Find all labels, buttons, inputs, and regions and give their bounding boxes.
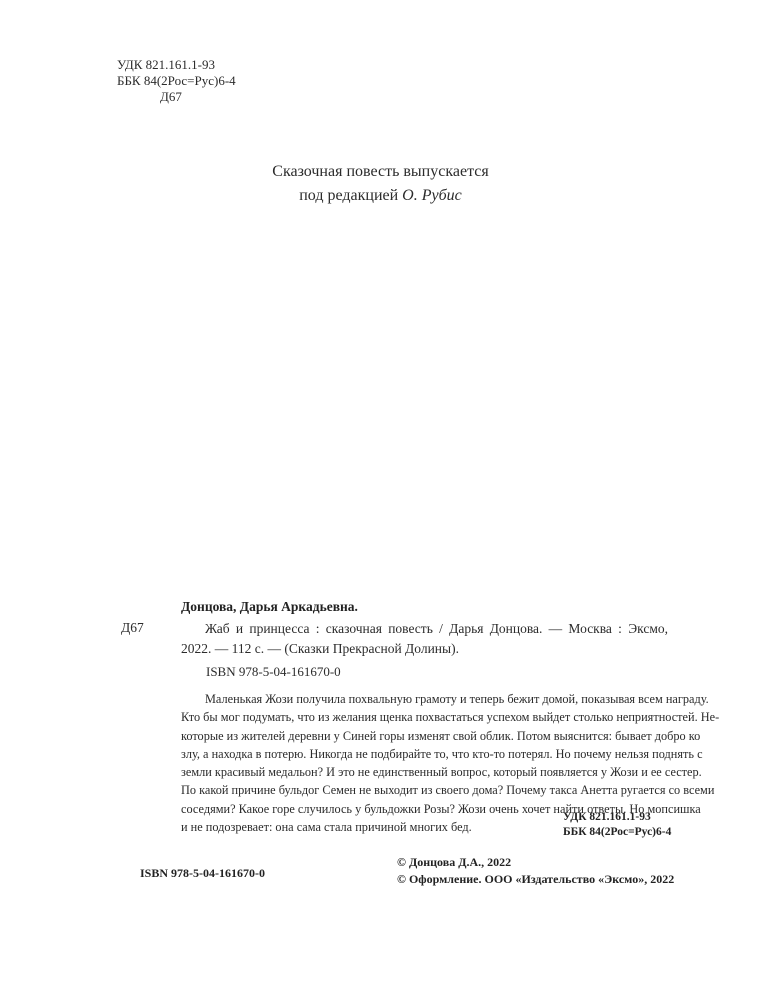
isbn: ISBN 978-5-04-161670-0 [206,664,341,680]
author-heading: Донцова, Дарья Аркадьевна. [181,599,358,615]
cutter-mark: Д67 [121,620,144,636]
edition-note-prefix: под редакцией [299,187,402,204]
copyright-author: © Донцова Д.А., 2022 [397,854,674,871]
copyright-block: © Донцова Д.А., 2022 © Оформление. ООО «… [397,854,674,888]
bib-description-line1: Жаб и принцесса : сказочная повесть / Да… [181,619,668,639]
cutter-code: Д67 [117,89,236,105]
annotation-line: Маленькая Жози получила похвальную грамо… [181,690,689,708]
copyright-design: © Оформление. ООО «Издательство «Эксмо»,… [397,871,674,888]
bib-description-line2: 2022. — 112 с. — (Сказки Прекрасной Доли… [181,639,668,659]
edition-note: Сказочная повесть выпускается под редакц… [0,160,761,208]
udk-code: УДК 821.161.1-93 [117,57,236,73]
annotation-line: Кто бы мог подумать, что из желания щенк… [181,708,689,726]
annotation-line: которые из жителей деревни у Синей горы … [181,727,689,745]
isbn-bottom: ISBN 978-5-04-161670-0 [140,866,265,881]
classification-codes-top: УДК 821.161.1-93 ББК 84(2Рос=Рус)6-4 Д67 [117,57,236,105]
annotation-line: злу, а находка в потерю. Никогда не подб… [181,745,689,763]
annotation-line: По какой причине бульдог Семен не выходи… [181,781,689,799]
edition-note-line1: Сказочная повесть выпускается [0,160,761,184]
bbk-code: ББК 84(2Рос=Рус)6-4 [117,73,236,89]
bbk-code: ББК 84(2Рос=Рус)6-4 [563,825,671,840]
editor-name: О. Рубис [402,187,462,204]
edition-note-line2: под редакцией О. Рубис [0,184,761,208]
classification-codes-bottom: УДК 821.161.1-93 ББК 84(2Рос=Рус)6-4 [563,810,671,840]
annotation-line: земли красивый медальон? И это не единст… [181,763,689,781]
bibliographic-description: Жаб и принцесса : сказочная повесть / Да… [181,619,668,659]
udk-code: УДК 821.161.1-93 [563,810,671,825]
